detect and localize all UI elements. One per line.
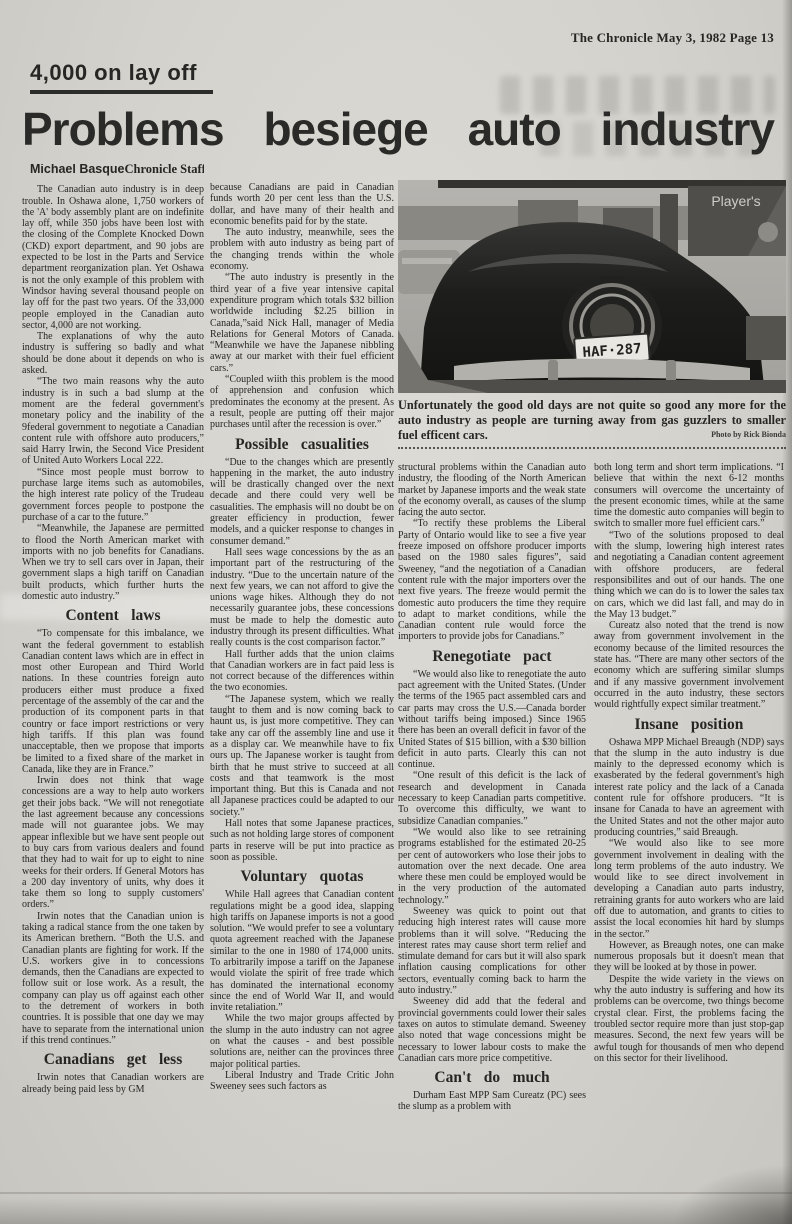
body-paragraph: Sweeney did add that the federal and pro…	[398, 996, 586, 1064]
body-paragraph: Cureatz also noted that the trend is now…	[594, 620, 784, 710]
body-paragraph: “The Japanese system, which we really ta…	[210, 694, 394, 818]
body-paragraph: Despite the wide variety in the views on…	[594, 974, 784, 1064]
body-paragraph: “The auto industry is presently in the t…	[210, 272, 394, 374]
body-paragraph: Hall notes that some Japanese practices,…	[210, 818, 394, 863]
column-2: because Canadians are paid in Canadian f…	[210, 182, 394, 1166]
billboard: Player's	[688, 186, 786, 256]
photo-background-car-trim	[402, 258, 452, 264]
body-paragraph: “We would also like to see more governme…	[594, 838, 784, 940]
byline-author: Michael Basque	[30, 164, 124, 176]
page-header: The Chronicle May 3, 1982 Page 13	[571, 30, 774, 46]
body-paragraph: “Two of the solutions proposed to deal w…	[594, 530, 784, 620]
billboard-logo-circle	[758, 222, 778, 242]
body-paragraph: “We would also like to renegotiate the a…	[398, 669, 586, 771]
body-paragraph: The Canadian auto industry is in deep tr…	[22, 184, 204, 331]
column-3: structural problems within the Canadian …	[398, 462, 586, 1202]
body-paragraph: Sweeney was quick to point out that redu…	[398, 906, 586, 996]
section-subhead: Renegotiate pact	[398, 648, 586, 665]
body-paragraph: However, as Breaugh notes, one can make …	[594, 940, 784, 974]
caption-rule	[398, 447, 786, 449]
body-paragraph: Hall further adds that the union claims …	[210, 649, 394, 694]
body-paragraph: Liberal Industry and Trade Critic John S…	[210, 1070, 394, 1093]
headline: Problems besiege auto industry	[22, 102, 774, 156]
body-paragraph: “The two main reasons why the auto indus…	[22, 376, 204, 466]
byline: Michael BasqueChronicle Staff	[30, 164, 204, 175]
body-paragraph: “Due to the changes which are presently …	[210, 457, 394, 547]
photo-block: Player's HAF·287	[398, 180, 786, 449]
body-paragraph: both long term and short term implicatio…	[594, 462, 784, 530]
body-paragraph: Irwin does not think that wage concessio…	[22, 775, 204, 911]
section-subhead: Canadians get less	[22, 1051, 204, 1068]
newspaper-page: The Chronicle May 3, 1982 Page 13 4,000 …	[0, 0, 792, 1224]
column-1: Michael BasqueChronicle Staff The Canadi…	[22, 164, 204, 1166]
body-paragraph: Hall sees wage concessions by the as an …	[210, 547, 394, 649]
body-paragraph: Irwin notes that the Canadian union is t…	[22, 911, 204, 1047]
body-paragraph: “One result of this deficit is the lack …	[398, 770, 586, 826]
body-paragraph: While Hall agrees that Canadian content …	[210, 889, 394, 1013]
section-subhead: Can't do much	[398, 1069, 586, 1086]
body-paragraph: The explanations of why the auto industr…	[22, 331, 204, 376]
body-paragraph: structural problems within the Canadian …	[398, 462, 586, 518]
column-4: both long term and short term implicatio…	[594, 462, 784, 1202]
body-paragraph: Irwin notes that Canadian workers are al…	[22, 1072, 204, 1095]
body-paragraph: Oshawa MPP Michael Breaugh (NDP) says th…	[594, 737, 784, 839]
section-subhead: Possible casualities	[210, 436, 394, 453]
body-paragraph: The auto industry, meanwhile, sees the p…	[210, 227, 394, 272]
body-paragraph: Durham East MPP Sam Cureatz (PC) sees th…	[398, 1090, 586, 1113]
body-paragraph: “Meanwhile, the Japanese are permitted t…	[22, 523, 204, 602]
body-paragraph: “Since most people must borrow to purcha…	[22, 467, 204, 523]
photo-right-car	[746, 316, 786, 360]
car-photo: Player's HAF·287	[398, 180, 786, 393]
kicker: 4,000 on lay off	[30, 60, 213, 94]
byline-role: Chronicle Staff	[124, 164, 204, 176]
section-subhead: Content laws	[22, 607, 204, 624]
billboard-sign-text: Player's	[711, 193, 760, 209]
body-paragraph: “We would also like to see retraining pr…	[398, 827, 586, 906]
body-paragraph: “To rectify these problems the Liberal P…	[398, 518, 586, 642]
body-paragraph: because Canadians are paid in Canadian f…	[210, 182, 394, 227]
body-paragraph: While the two major groups affected by t…	[210, 1013, 394, 1069]
body-paragraph: “To compensate for this imbalance, we wa…	[22, 628, 204, 775]
section-subhead: Voluntary quotas	[210, 868, 394, 885]
body-paragraph: “Coupled wiith this problem is the mood …	[210, 374, 394, 430]
section-subhead: Insane position	[594, 716, 784, 733]
